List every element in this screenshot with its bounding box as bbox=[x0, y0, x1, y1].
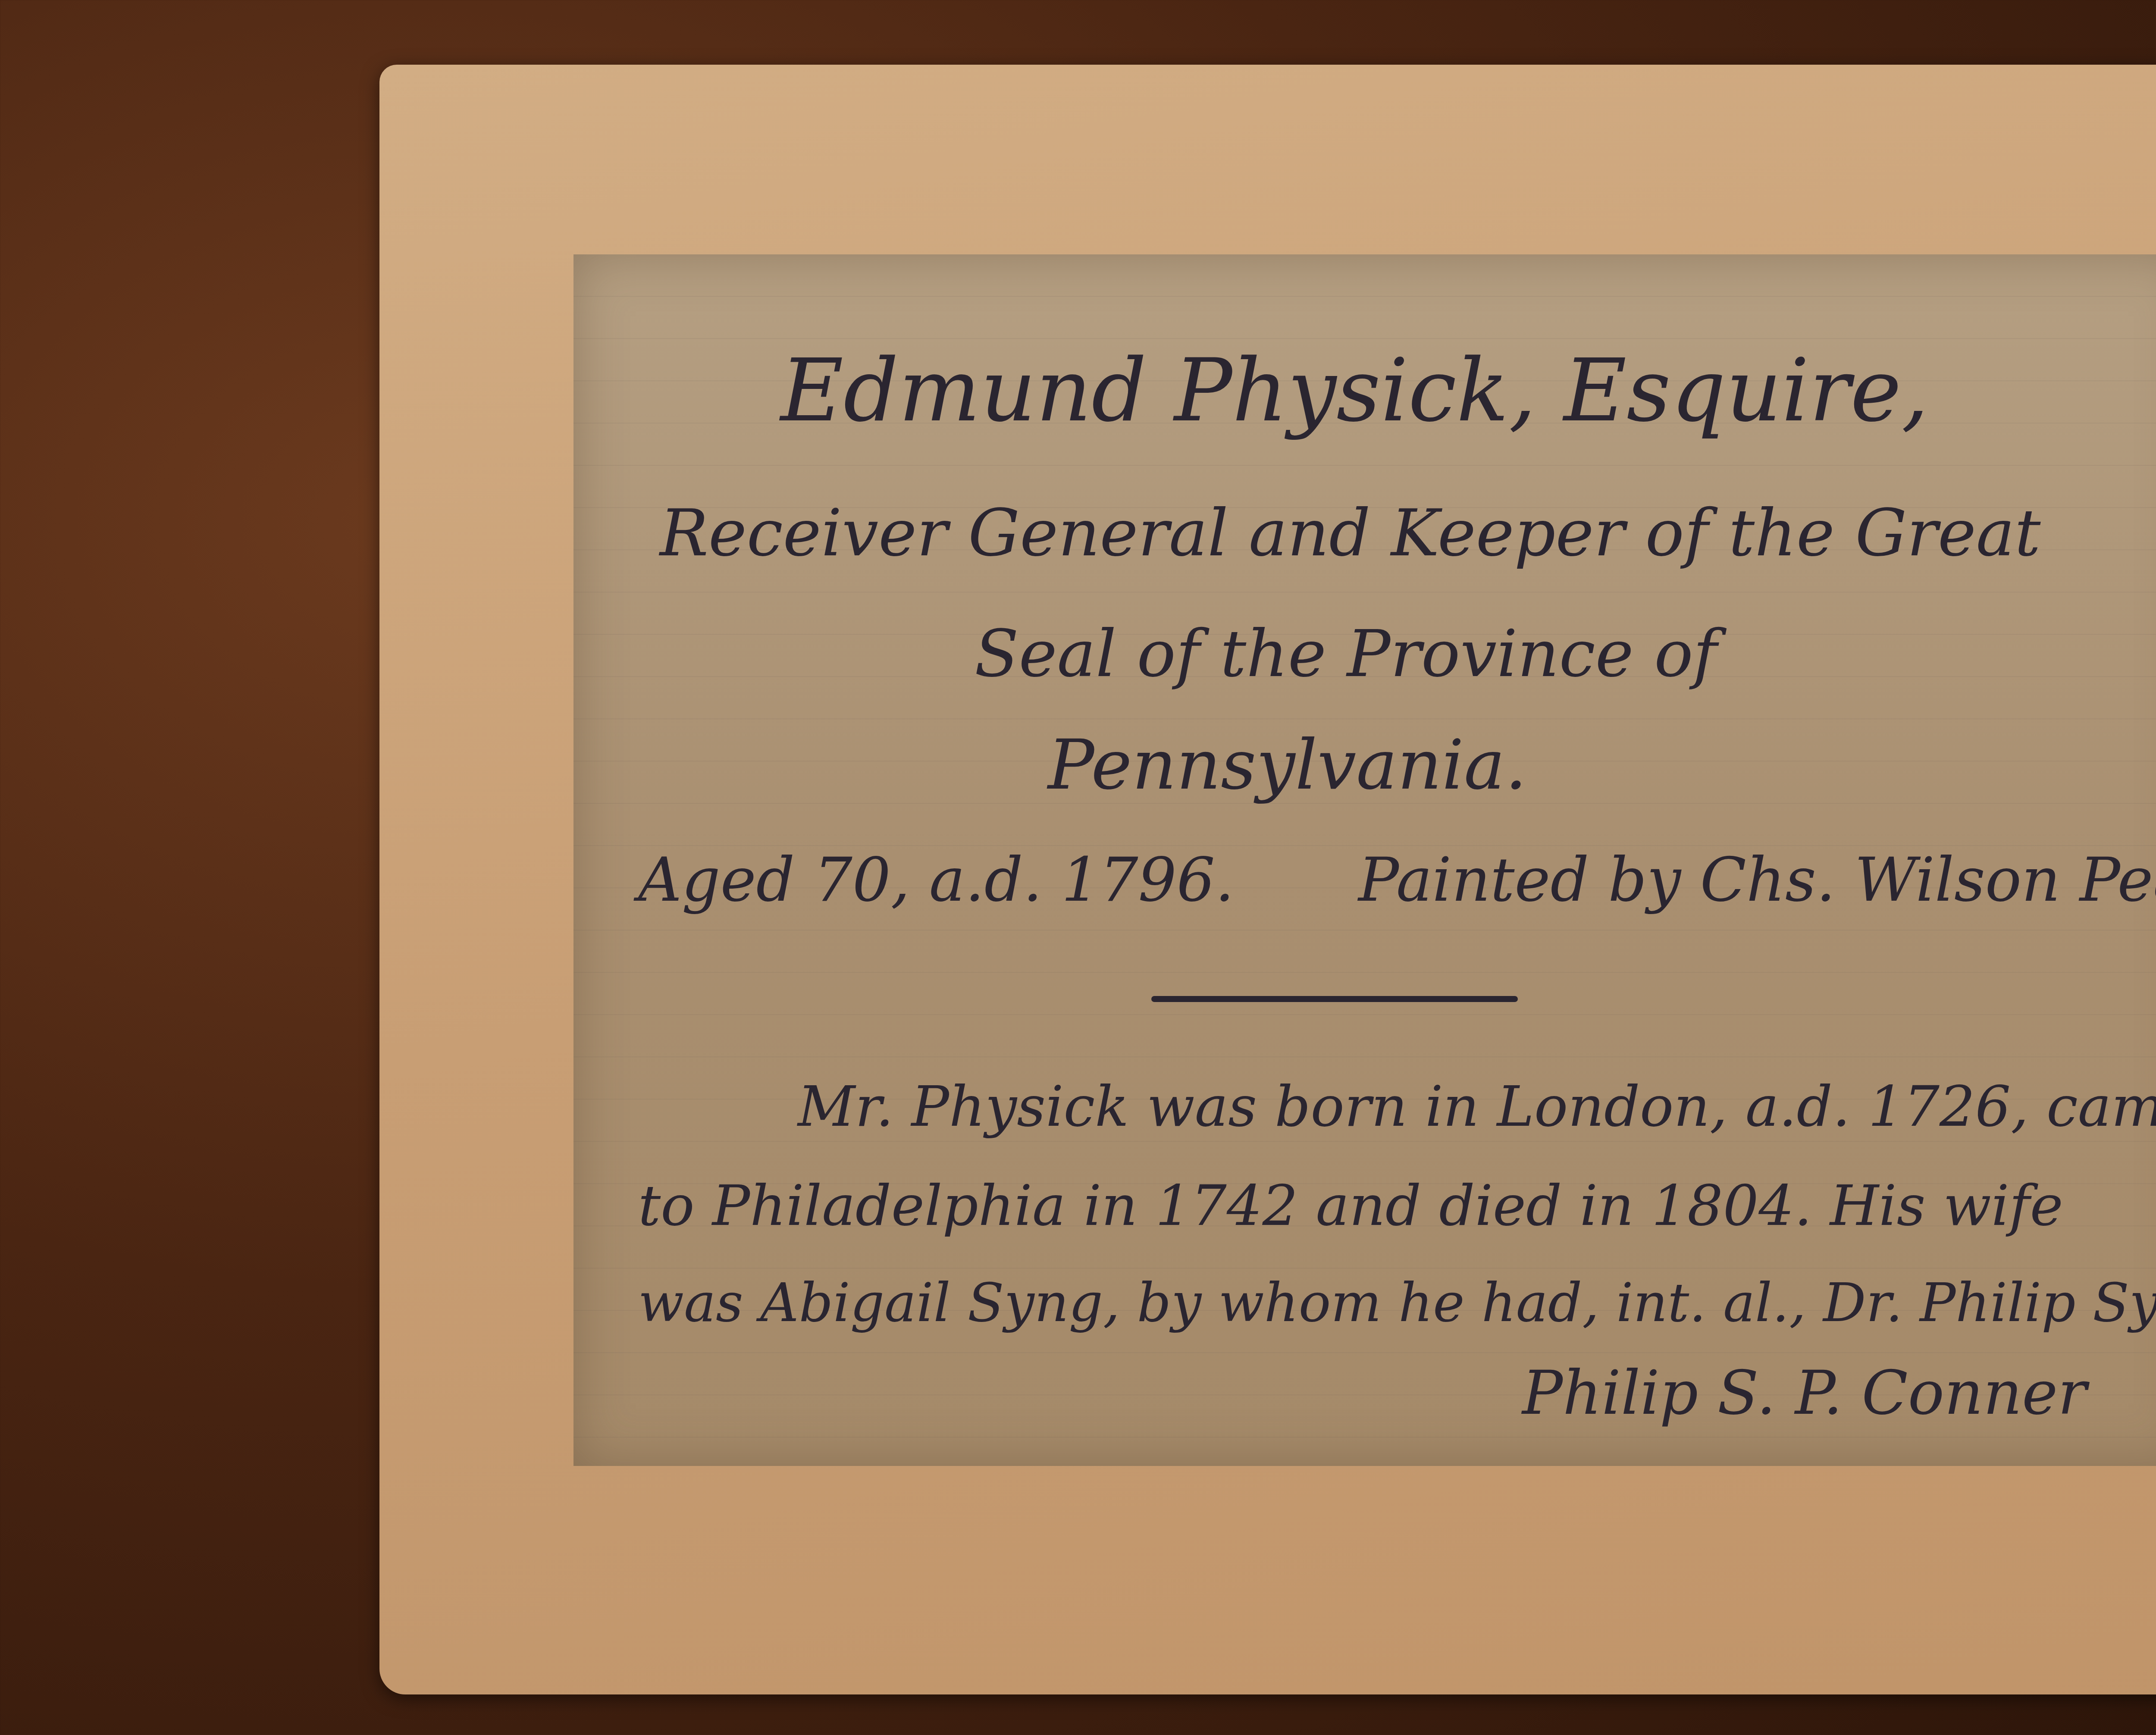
handwritten-label: Edmund Physick, Esquire, Receiver Genera… bbox=[573, 254, 2156, 1466]
title-heading: Edmund Physick, Esquire, bbox=[780, 341, 1929, 441]
aged-line: Aged 70, a.d. 1796. bbox=[638, 845, 1234, 915]
subtitle-line-1: Receiver General and Keeper of the Great bbox=[660, 496, 2040, 571]
painted-by-line: Painted by Chs. Wilson Peale. bbox=[1358, 845, 2156, 915]
signature: Philip S. P. Conner bbox=[1522, 1358, 2087, 1428]
paragraph-line-3: was Abigail Syng, by whom he had, int. a… bbox=[638, 1272, 2156, 1334]
subtitle-line-3: Pennsylvania. bbox=[1048, 724, 1527, 805]
subtitle-line-2: Seal of the Province of bbox=[975, 617, 1717, 692]
paragraph-line-2: to Philadelphia in 1742 and died in 1804… bbox=[638, 1173, 2063, 1238]
divider-rule bbox=[1151, 996, 1518, 1002]
paragraph-line-1: Mr. Physick was born in London, a.d. 172… bbox=[798, 1074, 2156, 1139]
